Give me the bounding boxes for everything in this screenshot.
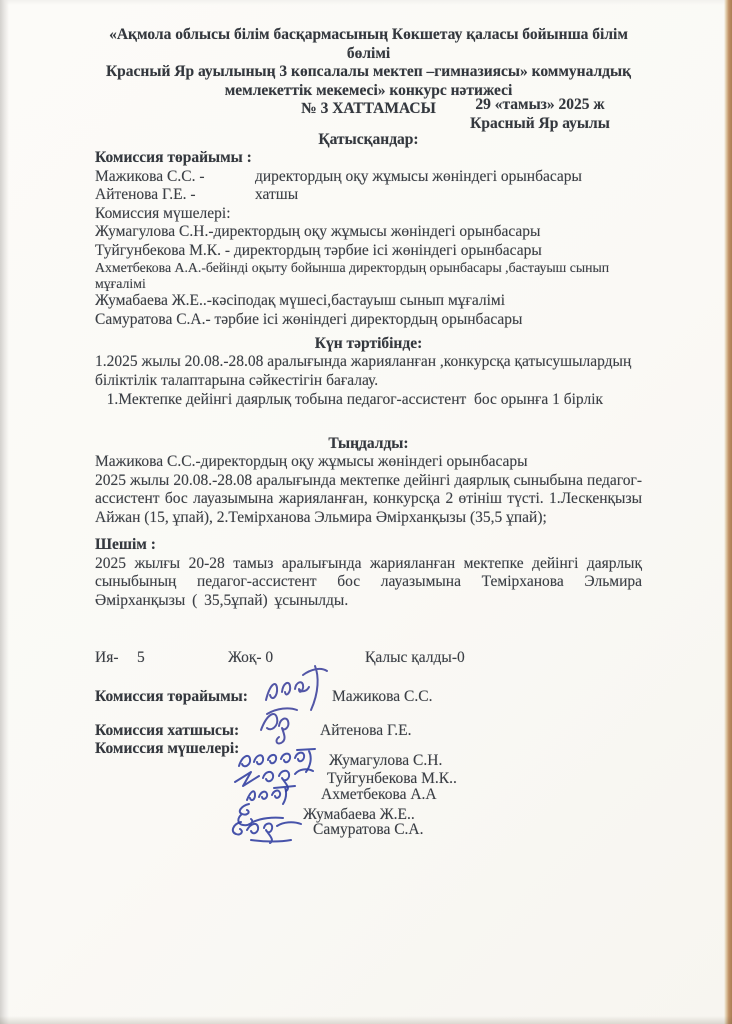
scan-edge-bottom: [0, 1016, 732, 1024]
member-signature-row: Самуратова С.А.: [227, 816, 423, 844]
signature-chair-label: Комиссия төрайымы:: [95, 688, 248, 707]
member-line: Самуратова С.А.- тәрбие ісі жөніндегі ди…: [95, 311, 642, 330]
signature-secretary-label: Комиссия хатшысы:: [95, 722, 239, 741]
heard-body: Мажикова С.С.-директордың оқу жұмысы жөн…: [95, 453, 642, 527]
members-label: Комиссия мүшелері:: [95, 205, 642, 224]
secretary-row: Айтенова Г.Е. -хатшы: [95, 186, 642, 205]
secretary-name: Айтенова Г.Е. -: [95, 186, 255, 205]
vote-yes-value: 5: [137, 649, 145, 668]
chair-role: директордың оқу жұмысы жөніндегі орынбас…: [255, 168, 582, 185]
scan-edge-top: [0, 0, 732, 5]
agenda-text: 1.2025 жылы 20.08.-28.08 аралығында жари…: [95, 353, 642, 390]
member-line: Ахметбекова А.А.-бейінді оқыту бойынша д…: [95, 260, 642, 292]
member-signature-name: Самуратова С.А.: [313, 821, 423, 840]
chair-label: Комиссия төрайымы :: [95, 149, 642, 168]
agenda-heading: Күн тәртібінде:: [95, 335, 642, 354]
agenda-item: 1.Мектепке дейінгі даярлық тобына педаго…: [95, 391, 642, 410]
member-line: Жумагулова С.Н.-директордың оқу жұмысы ж…: [95, 223, 642, 242]
document-date: 29 «тамыз» 2025 ж: [425, 96, 655, 115]
signature-chair-name: Мажикова С.С.: [332, 688, 432, 707]
member-line: Туйгунбекова М.К. - директордың тәрбие і…: [95, 242, 642, 261]
signature-secretary-name: Айтенова Г.Е.: [320, 722, 412, 741]
title-line: «Ақмола облысы білім басқармасының Көкше…: [95, 26, 642, 63]
decision-section: Шешім : 2025 жылғы 20-28 тамыз аралығынд…: [95, 536, 642, 610]
participants-list: Комиссия төрайымы : Мажикова С.С. -дирек…: [95, 149, 642, 329]
secretary-role: хатшы: [255, 186, 298, 203]
aitenova-signature: [253, 704, 311, 746]
heard-text: 2025 жылы 20.08.-28.08 аралығында мектеп…: [95, 472, 642, 528]
chair-row: Мажикова С.С. -директордың оқу жұмысы жө…: [95, 168, 642, 187]
decision-text: 2025 жылғы 20-28 тамыз аралығында жариял…: [95, 555, 642, 611]
member-line: Жумабаева Ж.Е..-кәсіподақ мүшесі,бастауы…: [95, 292, 642, 311]
agenda-body: 1.2025 жылы 20.08.-28.08 аралығында жари…: [95, 353, 642, 410]
title-line: Красный Яр ауылының 3 көпсалалы мектеп –…: [95, 63, 642, 82]
scan-edge-right: [724, 0, 732, 1024]
participants-heading: Қатысқандар:: [95, 131, 642, 150]
heard-heading: Тыңдалды:: [95, 435, 642, 454]
vote-abstain-label: Қалыс қалды-0: [365, 649, 465, 668]
signatures-block: Комиссия төрайымы: Мажикова С.С. Комисси…: [95, 672, 642, 862]
scan-edge-left: [0, 0, 9, 1024]
decision-heading: Шешім :: [95, 536, 642, 555]
samuratova-signature: [227, 816, 307, 844]
date-place-block: 29 «тамыз» 2025 ж Красный Яр ауылы: [425, 96, 655, 133]
signature-members-label: Комиссия мүшелері:: [95, 740, 239, 759]
document-page: «Ақмола облысы білім басқармасының Көкше…: [0, 0, 732, 1024]
chair-name: Мажикова С.С. -: [95, 168, 255, 187]
vote-yes-label: Ия-: [95, 649, 119, 668]
vote-results-row: Ия- 5 Жоқ- 0 Қалыс қалды-0: [95, 649, 642, 669]
heard-speaker: Мажикова С.С.-директордың оқу жұмысы жөн…: [95, 453, 642, 472]
